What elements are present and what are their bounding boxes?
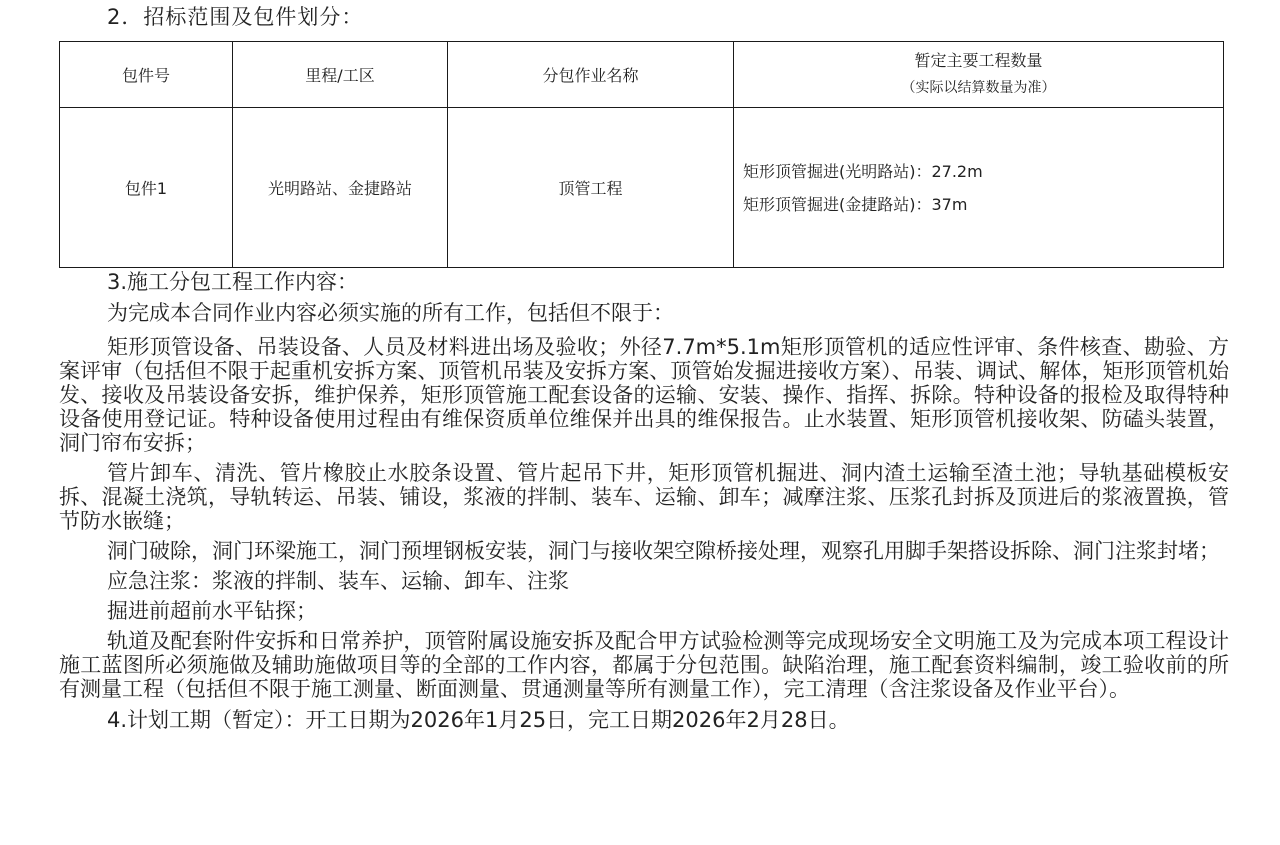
- section3-intro: 为完成本合同作业内容必须实施的所有工作，包括但不限于：: [59, 298, 1229, 329]
- section3-heading: 3.施工分包工程工作内容：: [59, 267, 1229, 298]
- header-mileage-zone: 里程/工区: [233, 42, 448, 108]
- work-paragraph-portal: 洞门破除，洞门环梁施工，洞门预埋钢板安装，洞门与接收架空隙桥接处理，观察孔用脚手…: [59, 539, 1229, 563]
- quantity-line: 矩形顶管掘进(光明路站)：27.2m: [743, 155, 1223, 188]
- work-paragraph-drilling: 掘进前超前水平钻探；: [59, 599, 1229, 623]
- header-quantity: 暂定主要工程数量 （实际以结算数量为准）: [734, 42, 1224, 108]
- section2-heading: 2．招标范围及包件划分：: [107, 2, 363, 32]
- document-body: 3.施工分包工程工作内容： 为完成本合同作业内容必须实施的所有工作，包括但不限于…: [59, 267, 1229, 736]
- table-row: 包件1 光明路站、金捷路站 顶管工程 矩形顶管掘进(光明路站)：27.2m 矩形…: [60, 108, 1224, 268]
- cell-quantities: 矩形顶管掘进(光明路站)：27.2m 矩形顶管掘进(金捷路站)：37m: [734, 108, 1224, 268]
- work-paragraph-track-and-misc: 轨道及配套附件安拆和日常养护，顶管附属设施安拆及配合甲方试验检测等完成现场安全文…: [59, 629, 1229, 701]
- section4-schedule: 4.计划工期（暂定）：开工日期为2026年1月25日，完工日期2026年2月28…: [59, 705, 1229, 736]
- package-table: 包件号 里程/工区 分包作业名称 暂定主要工程数量 （实际以结算数量为准） 包件…: [59, 41, 1224, 268]
- work-paragraph-equipment: 矩形顶管设备、吊装设备、人员及材料进出场及验收；外径7.7m*5.1m矩形顶管机…: [59, 335, 1229, 455]
- work-paragraph-emergency-grouting: 应急注浆：浆液的拌制、装车、运输、卸车、注浆: [59, 569, 1229, 593]
- header-package-no: 包件号: [60, 42, 233, 108]
- work-paragraph-segments: 管片卸车、清洗、管片橡胶止水胶条设置、管片起吊下井，矩形顶管机掘进、洞内渣土运输…: [59, 461, 1229, 533]
- quantity-line: 矩形顶管掘进(金捷路站)：37m: [743, 188, 1223, 221]
- header-quantity-note: （实际以结算数量为准）: [734, 74, 1223, 102]
- header-subcontract-name: 分包作业名称: [448, 42, 734, 108]
- cell-subcontract-name: 顶管工程: [448, 108, 734, 268]
- cell-package-no: 包件1: [60, 108, 233, 268]
- cell-mileage-zone: 光明路站、金捷路站: [233, 108, 448, 268]
- header-quantity-main: 暂定主要工程数量: [734, 48, 1223, 74]
- table-header-row: 包件号 里程/工区 分包作业名称 暂定主要工程数量 （实际以结算数量为准）: [60, 42, 1224, 108]
